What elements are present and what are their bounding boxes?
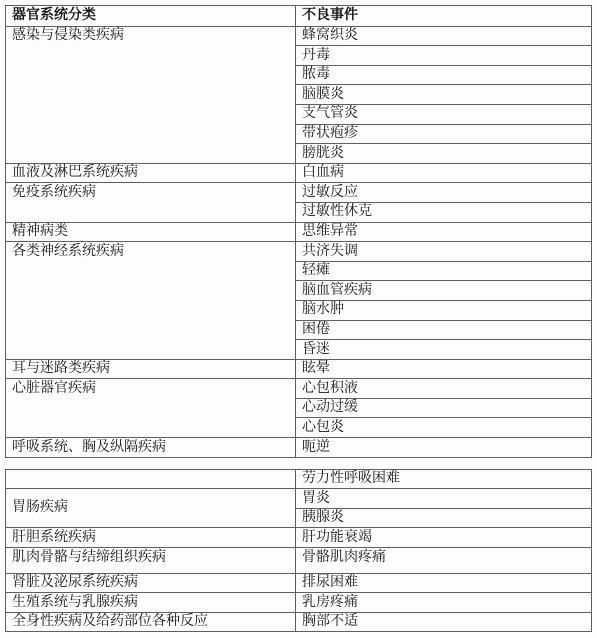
table-row: 肾脏及泌尿系统疾病排尿困难 [6, 573, 592, 593]
header-row: 器官系统分类 不良事件 [6, 6, 592, 27]
event-cell: 脓毒 [296, 65, 592, 85]
table-row: 肝胆系统疾病肝功能衰竭 [6, 528, 592, 548]
category-cell: 各类神经系统疾病 [6, 242, 296, 360]
event-cell: 脑血管疾病 [296, 281, 592, 301]
event-cell: 过敏性休克 [296, 202, 592, 222]
table-row: 感染与侵染类疾病蜂窝织炎 [6, 26, 592, 46]
table-row: 免疫系统疾病过敏反应 [6, 183, 592, 203]
event-cell: 脑膜炎 [296, 85, 592, 105]
table-row: 血液及淋巴系统疾病白血病 [6, 163, 592, 183]
table-row: 耳与迷路类疾病眩晕 [6, 359, 592, 379]
event-cell: 劳力性呼吸困难 [296, 469, 592, 489]
event-cell: 带状疱疹 [296, 124, 592, 144]
category-cell: 肾脏及泌尿系统疾病 [6, 573, 296, 593]
event-cell: 脑水肿 [296, 300, 592, 320]
event-cell: 骨骼肌肉疼痛 [296, 548, 592, 574]
table-row: 各类神经系统疾病共济失调 [6, 242, 592, 262]
event-cell: 昏迷 [296, 340, 592, 360]
event-cell: 支气管炎 [296, 104, 592, 124]
category-cell [6, 469, 296, 489]
table-row: 劳力性呼吸困难 [6, 469, 592, 489]
column-header-organ-system: 器官系统分类 [6, 6, 296, 27]
category-cell: 心脏器官疾病 [6, 379, 296, 438]
category-cell: 肌肉骨骼与结缔组织疾病 [6, 548, 296, 574]
adverse-events-table-part2: 劳力性呼吸困难胃肠疾病胃炎胰腺炎肝胆系统疾病肝功能衰竭肌肉骨骼与结缔组织疾病骨骼… [5, 469, 592, 633]
category-cell: 生殖系统与乳腺疾病 [6, 593, 296, 613]
event-cell: 共济失调 [296, 242, 592, 262]
event-cell: 眩晕 [296, 359, 592, 379]
category-cell: 血液及淋巴系统疾病 [6, 163, 296, 183]
event-cell: 心包积液 [296, 379, 592, 399]
category-cell: 免疫系统疾病 [6, 183, 296, 222]
category-cell: 胃肠疾病 [6, 489, 296, 528]
category-cell: 感染与侵染类疾病 [6, 26, 296, 163]
event-cell: 膀胱炎 [296, 144, 592, 164]
event-cell: 乳房疼痛 [296, 593, 592, 613]
category-cell: 呼吸系统、胸及纵隔疾病 [6, 438, 296, 458]
event-cell: 丹毒 [296, 46, 592, 66]
table-row: 心脏器官疾病心包积液 [6, 379, 592, 399]
event-cell: 心包炎 [296, 418, 592, 438]
table-row: 肌肉骨骼与结缔组织疾病骨骼肌肉疼痛 [6, 548, 592, 574]
table-row: 呼吸系统、胸及纵隔疾病呃逆 [6, 438, 592, 458]
event-cell: 胸部不适 [296, 612, 592, 632]
table-row: 全身性疾病及给药部位各种反应胸部不适 [6, 612, 592, 632]
table-row: 精神病类思维异常 [6, 222, 592, 242]
event-cell: 轻瘫 [296, 261, 592, 281]
column-header-adverse-event: 不良事件 [296, 6, 592, 27]
event-cell: 白血病 [296, 163, 592, 183]
document-page: 器官系统分类 不良事件 感染与侵染类疾病蜂窝织炎丹毒脓毒脑膜炎支气管炎带状疱疹膀… [0, 0, 597, 632]
category-cell: 肝胆系统疾病 [6, 528, 296, 548]
event-cell: 思维异常 [296, 222, 592, 242]
event-cell: 过敏反应 [296, 183, 592, 203]
event-cell: 胰腺炎 [296, 508, 592, 528]
category-cell: 全身性疾病及给药部位各种反应 [6, 612, 296, 632]
event-cell: 心动过缓 [296, 398, 592, 418]
category-cell: 耳与迷路类疾病 [6, 359, 296, 379]
event-cell: 蜂窝织炎 [296, 26, 592, 46]
table-row: 生殖系统与乳腺疾病乳房疼痛 [6, 593, 592, 613]
event-cell: 困倦 [296, 320, 592, 340]
event-cell: 呃逆 [296, 438, 592, 458]
category-cell: 精神病类 [6, 222, 296, 242]
event-cell: 排尿困难 [296, 573, 592, 593]
event-cell: 肝功能衰竭 [296, 528, 592, 548]
event-cell: 胃炎 [296, 489, 592, 509]
adverse-events-table-part1: 器官系统分类 不良事件 感染与侵染类疾病蜂窝织炎丹毒脓毒脑膜炎支气管炎带状疱疹膀… [5, 5, 592, 458]
table-row: 胃肠疾病胃炎 [6, 489, 592, 509]
